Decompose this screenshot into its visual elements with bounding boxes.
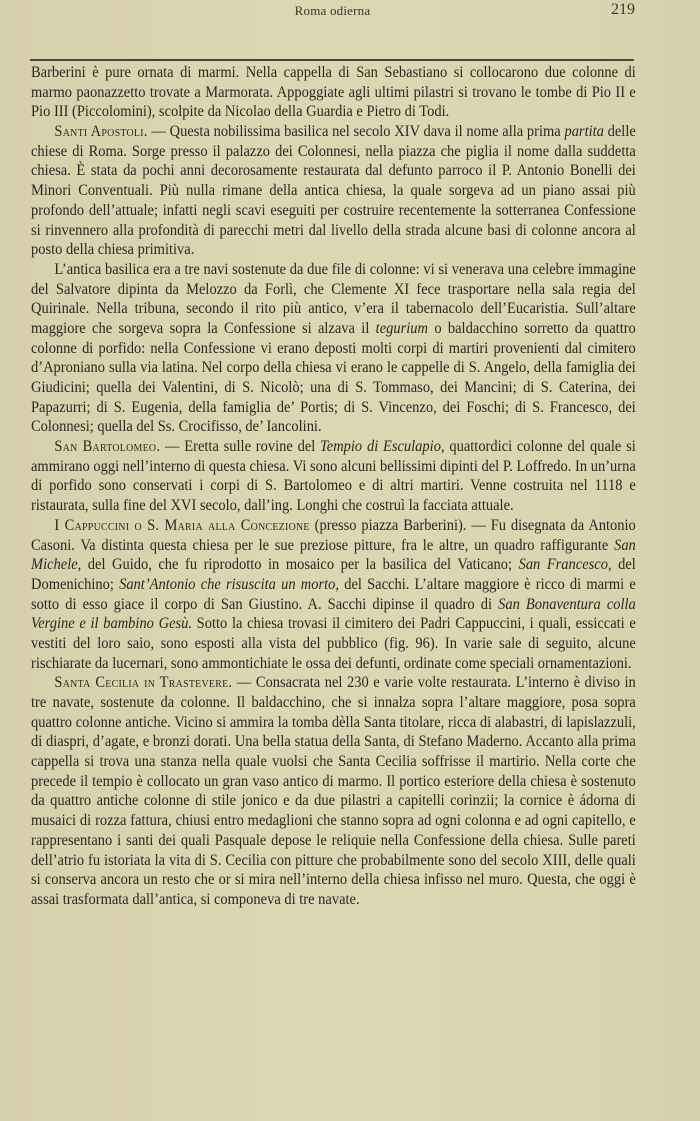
italic-term: Sant’Antonio che risuscita un morto	[119, 576, 335, 593]
paragraph-cappuccini: I Cappuccini o S. Maria alla Concezione …	[31, 516, 636, 674]
text-run: o baldacchino sorretto da quattro colonn…	[31, 320, 636, 435]
page-number: 219	[611, 1, 635, 19]
italic-term: partita	[564, 123, 603, 140]
header-rule	[30, 59, 634, 61]
paragraph-san-bartolomeo: San Bartolomeo. — Eretta sulle rovine de…	[31, 437, 636, 516]
paragraph-continuation: Barberini è pure ornata di marmi. Nella …	[31, 63, 636, 122]
text-run: Barberini è pure ornata di marmi. Nella …	[31, 64, 636, 120]
text-run: — Questa nobilissima basilica nel secolo…	[148, 123, 565, 140]
italic-term: tegurium	[376, 320, 428, 337]
italic-term: San Francesco	[519, 556, 608, 573]
text-run: delle chiese di Roma. Sorge presso il pa…	[31, 123, 636, 258]
text-run: , del Guido, che fu riprodotto in mosaic…	[78, 556, 519, 573]
section-heading-san-bartolomeo: San Bartolomeo.	[54, 438, 160, 455]
running-title: Roma odierna	[30, 3, 635, 19]
paragraph-santa-cecilia: Santa Cecilia in Trastevere. — Consacrat…	[31, 673, 636, 909]
paragraph-santi-apostoli: Santi Apostoli. — Questa nobilissima bas…	[31, 122, 636, 260]
text-run: — Consacrata nel 230 e varie volte resta…	[31, 674, 636, 908]
section-heading-santi-apostoli: Santi Apostoli.	[54, 123, 147, 140]
section-heading-santa-cecilia: Santa Cecilia in Trastevere.	[54, 674, 232, 691]
running-header: Roma odierna 219	[30, 0, 635, 26]
italic-term: Tempio di Esculapio	[320, 438, 441, 455]
body-text: Barberini è pure ornata di marmi. Nella …	[31, 63, 636, 910]
paragraph-antica-basilica: L’antica basilica era a tre navi sostenu…	[31, 260, 636, 437]
section-heading-cappuccini: I Cappuccini o S. Maria alla Concezione	[54, 517, 309, 534]
text-run: — Eretta sulle rovine del	[160, 438, 320, 455]
